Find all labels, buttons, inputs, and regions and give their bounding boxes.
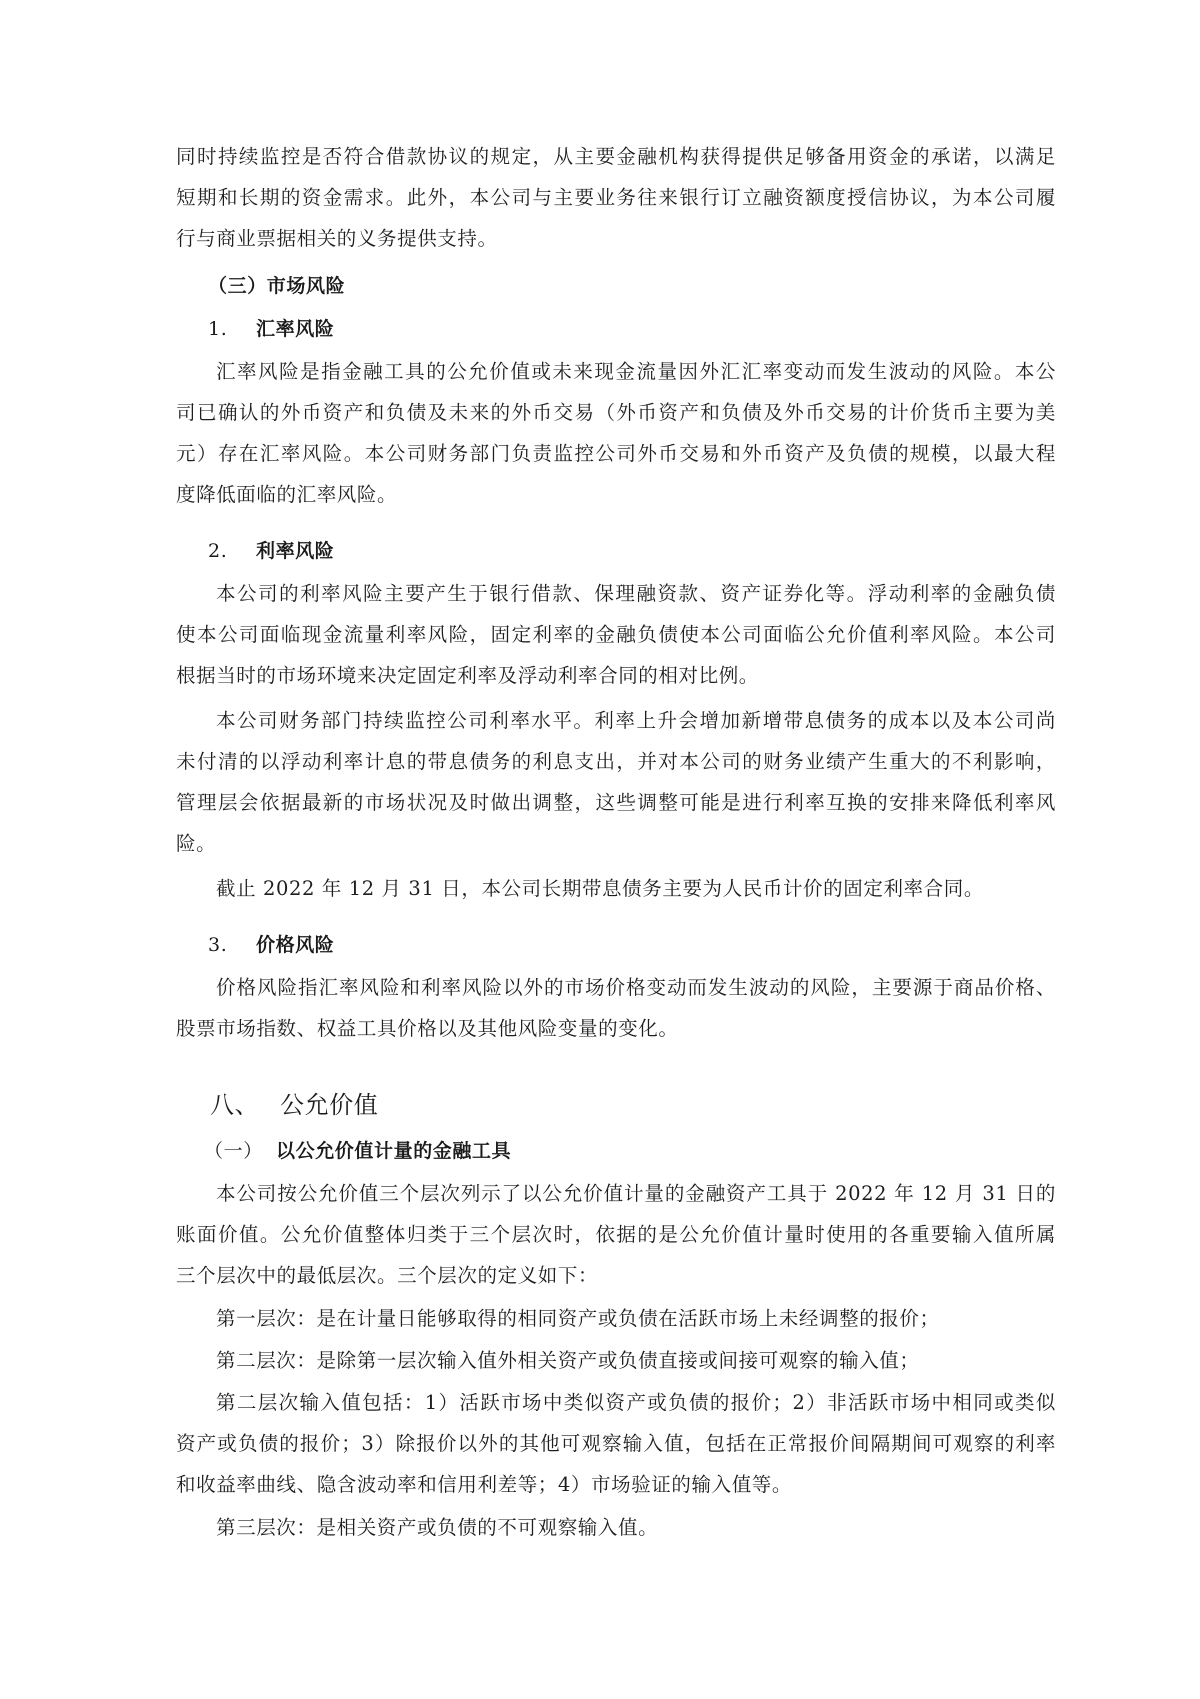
subsection-heading-interest-risk: 2.利率风险: [208, 538, 334, 564]
paragraph-line: 截止 2022 年 12 月 31 日，本公司长期带息债务主要为人民币计价的固定…: [216, 876, 984, 902]
paragraph-line: 元）存在汇率风险。本公司财务部门负责监控公司外币交易和外币资产及负债的规模，以最…: [176, 441, 1056, 467]
paragraph-line: 第二层次输入值包括：1）活跃市场中类似资产或负债的报价；2）非活跃市场中相同或类…: [216, 1390, 1056, 1416]
paragraph-line: 本公司按公允价值三个层次列示了以公允价值计量的金融资产工具于 2022 年 12…: [216, 1181, 1056, 1207]
subsection-title: 价格风险: [256, 934, 334, 956]
paragraph-line: 管理层会依据最新的市场状况及时做出调整，这些调整可能是进行利率互换的安排来降低利…: [176, 790, 1056, 816]
level-3-definition: 第三层次：是相关资产或负债的不可观察输入值。: [216, 1515, 658, 1541]
level-2-definition: 第二层次：是除第一层次输入值外相关资产或负债直接或间接可观察的输入值；: [216, 1348, 920, 1374]
section-number: （一）: [204, 1138, 276, 1164]
section-title: 以公允价值计量的金融工具: [276, 1140, 511, 1162]
document-page: 同时持续监控是否符合借款协议的规定，从主要金融机构获得提供足够备用资金的承诺，以…: [0, 0, 1200, 1699]
paragraph-line: 资产或负债的报价；3）除报价以外的其他可观察输入值，包括在正常报价间隔期间可观察…: [176, 1431, 1056, 1457]
chapter-number: 八、: [210, 1092, 280, 1118]
paragraph-line: 行与商业票据相关的义务提供支持。: [176, 226, 1056, 252]
paragraph-line: 本公司财务部门持续监控公司利率水平。利率上升会增加新增带息债务的成本以及本公司尚: [216, 708, 1056, 734]
paragraph-line: 股票市场指数、权益工具价格以及其他风险变量的变化。: [176, 1016, 1056, 1042]
paragraph-line: 价格风险指汇率风险和利率风险以外的市场价格变动而发生波动的风险，主要源于商品价格…: [216, 975, 1056, 1001]
paragraph-line: 根据当时的市场环境来决定固定利率及浮动利率合同的相对比例。: [176, 663, 1056, 689]
chapter-title: 公允价值: [280, 1091, 378, 1119]
level-1-definition: 第一层次：是在计量日能够取得的相同资产或负债在活跃市场上未经调整的报价；: [216, 1306, 940, 1332]
subsection-heading-fx-risk: 1.汇率风险: [208, 316, 334, 342]
paragraph-line: 度降低面临的汇率风险。: [176, 482, 1056, 508]
paragraph-line: 汇率风险是指金融工具的公允价值或未来现金流量因外汇汇率变动而发生波动的风险。本公: [216, 359, 1056, 385]
paragraph-line: 三个层次中的最低层次。三个层次的定义如下：: [176, 1263, 1056, 1289]
paragraph-line: 短期和长期的资金需求。此外，本公司与主要业务往来银行订立融资额度授信协议，为本公…: [176, 185, 1056, 211]
chapter-heading-fair-value: 八、公允价值: [210, 1092, 378, 1118]
paragraph-line: 使本公司面临现金流量利率风险，固定利率的金融负债使本公司面临公允价值利率风险。本…: [176, 622, 1056, 648]
paragraph-line: 本公司的利率风险主要产生于银行借款、保理融资款、资产证券化等。浮动利率的金融负债: [216, 581, 1056, 607]
section-heading-fv-instruments: （一）以公允价值计量的金融工具: [204, 1138, 511, 1164]
paragraph-line: 未付清的以浮动利率计息的带息债务的利息支出，并对本公司的财务业绩产生重大的不利影…: [176, 749, 1056, 775]
subsection-title: 汇率风险: [256, 318, 334, 340]
subsection-title: 利率风险: [256, 540, 334, 562]
subsection-number: 3.: [208, 932, 256, 958]
subsection-heading-price-risk: 3.价格风险: [208, 932, 334, 958]
section-heading-market-risk: （三）市场风险: [208, 273, 345, 299]
subsection-number: 2.: [208, 538, 256, 564]
paragraph-line: 险。: [176, 831, 1056, 857]
paragraph-line: 账面价值。公允价值整体归类于三个层次时，依据的是公允价值计量时使用的各重要输入值…: [176, 1222, 1056, 1248]
paragraph-line: 同时持续监控是否符合借款协议的规定，从主要金融机构获得提供足够备用资金的承诺，以…: [176, 144, 1056, 170]
subsection-number: 1.: [208, 316, 256, 342]
paragraph-line: 司已确认的外币资产和负债及未来的外币交易（外币资产和负债及外币交易的计价货币主要…: [176, 400, 1056, 426]
paragraph-line: 和收益率曲线、隐含波动率和信用利差等；4）市场验证的输入值等。: [176, 1472, 1056, 1498]
